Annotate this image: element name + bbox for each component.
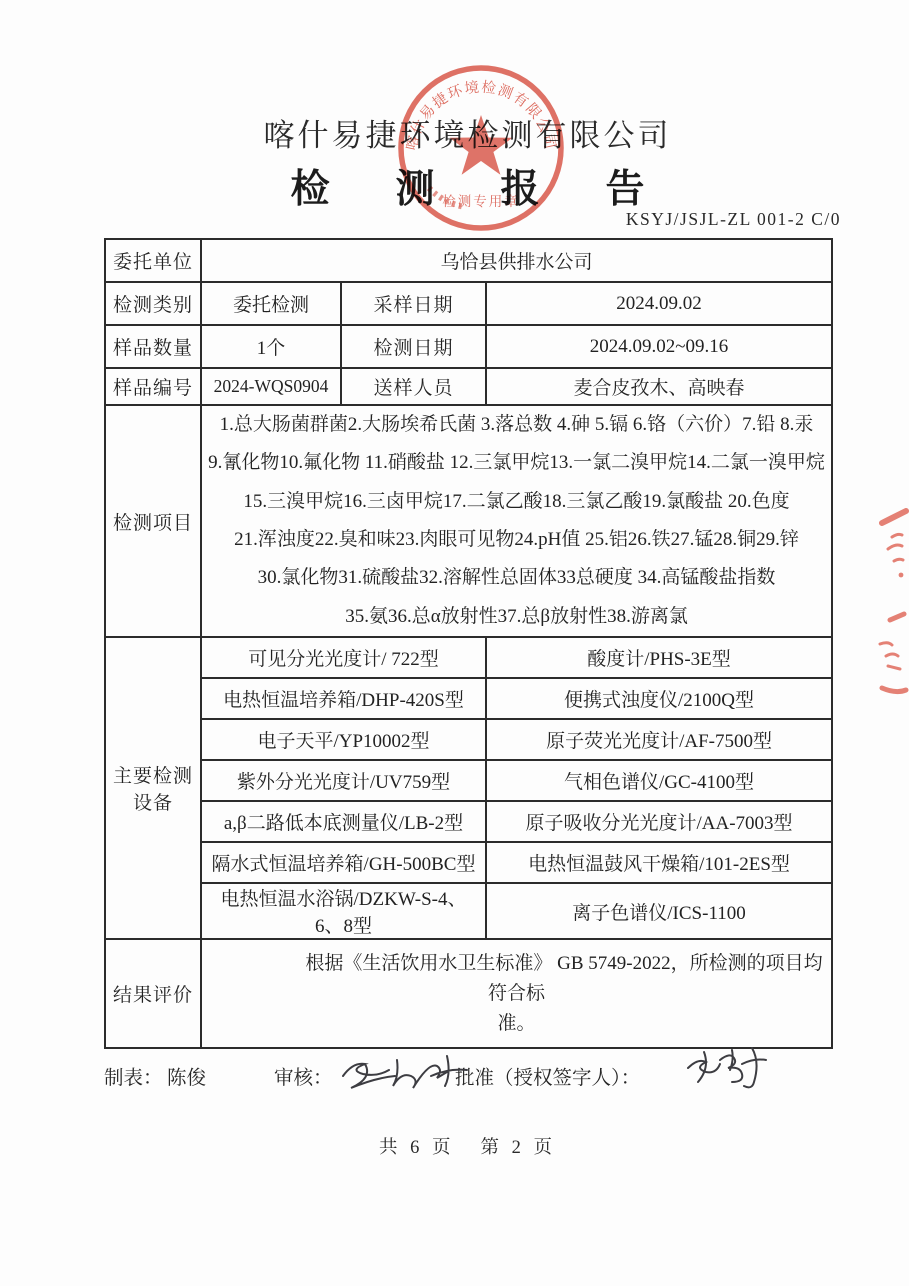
sample-qty-label: 样品数量 <box>105 325 201 368</box>
table-row: 主要检测设备 可见分光光度计/ 722型 酸度计/PHS-3E型 <box>105 637 832 678</box>
sample-qty-value: 1个 <box>201 325 341 368</box>
result-value: 根据《生活饮用水卫生标准》 GB 5749-2022，所检测的项目均符合标 准。 <box>201 939 832 1048</box>
result-line: 根据《生活饮用水卫生标准》 GB 5749-2022，所检测的项目均符合标 <box>208 949 825 1009</box>
equipment-cell: 离子色谱仪/ICS-1100 <box>486 883 832 939</box>
table-row: 结果评价 根据《生活饮用水卫生标准》 GB 5749-2022，所检测的项目均符… <box>105 939 832 1048</box>
table-row: 样品编号 2024-WQS0904 送样人员 麦合皮孜木、高映春 <box>105 368 832 405</box>
equipment-cell: 隔水式恒温培养箱/GH-500BC型 <box>201 842 486 883</box>
equipment-cell: 原子荧光光度计/AF-7500型 <box>486 719 832 760</box>
test-items-line: 9.氰化物10.氟化物 11.硝酸盐 12.三氯甲烷13.一氯二溴甲烷14.二氯… <box>208 444 825 482</box>
test-items-line: 1.总大肠菌群菌2.大肠埃希氏菌 3.落总数 4.砷 5.镉 6.铬（六价）7.… <box>208 406 825 444</box>
sampling-date-label: 采样日期 <box>341 282 486 325</box>
table-row: 样品数量 1个 检测日期 2024.09.02~09.16 <box>105 325 832 368</box>
equipment-cell: 便携式浊度仪/2100Q型 <box>486 678 832 719</box>
page-current: 第 2 页 <box>481 1138 557 1158</box>
result-label: 结果评价 <box>105 939 201 1048</box>
page-total: 共 6 页 <box>379 1138 455 1158</box>
page-number: 共 6 页第 2 页 <box>104 1133 831 1159</box>
test-items-value: 1.总大肠菌群菌2.大肠埃希氏菌 3.落总数 4.砷 5.镉 6.铬（六价）7.… <box>201 405 832 637</box>
table-row: a,β二路低本底测量仪/LB-2型 原子吸收分光光度计/AA-7003型 <box>105 801 832 842</box>
equipment-cell: 气相色谱仪/GC-4100型 <box>486 760 832 801</box>
prepared-by-label: 制表： <box>104 1062 163 1090</box>
test-type-value: 委托检测 <box>201 282 341 325</box>
test-date-value: 2024.09.02~09.16 <box>486 325 832 368</box>
result-line: 准。 <box>208 1009 825 1039</box>
equipment-cell: 电热恒温水浴锅/DZKW-S-4、6、8型 <box>201 883 486 939</box>
test-items-label: 检测项目 <box>105 405 201 637</box>
equipment-cell: 原子吸收分光光度计/AA-7003型 <box>486 801 832 842</box>
client-value: 乌恰县供排水公司 <box>201 239 832 282</box>
table-row: 检测类别 委托检测 采样日期 2024.09.02 <box>105 282 832 325</box>
test-items-line: 15.三溴甲烷16.三卤甲烷17.二氯乙酸18.三氯乙酸19.氯酸盐 20.色度 <box>208 483 825 521</box>
test-date-label: 检测日期 <box>341 325 486 368</box>
sample-no-value: 2024-WQS0904 <box>201 368 341 405</box>
deliverer-label: 送样人员 <box>341 368 486 405</box>
table-row: 电热恒温水浴锅/DZKW-S-4、6、8型 离子色谱仪/ICS-1100 <box>105 883 832 939</box>
reviewed-by-label: 审核： <box>274 1062 333 1090</box>
stamp-fragment-icon <box>870 505 909 590</box>
equipment-cell: 紫外分光光度计/UV759型 <box>201 760 486 801</box>
table-row: 紫外分光光度计/UV759型 气相色谱仪/GC-4100型 <box>105 760 832 801</box>
table-row: 隔水式恒温培养箱/GH-500BC型 电热恒温鼓风干燥箱/101-2ES型 <box>105 842 832 883</box>
company-seal-stamp: 喀什易捷环境检测有限公司 检测专用章 <box>395 60 567 232</box>
test-type-label: 检测类别 <box>105 282 201 325</box>
seal-star-icon <box>450 115 513 175</box>
equipment-cell: 电热恒温鼓风干燥箱/101-2ES型 <box>486 842 832 883</box>
equipment-cell: a,β二路低本底测量仪/LB-2型 <box>201 801 486 842</box>
seal-bottom-text: 检测专用章 <box>442 193 520 209</box>
equipment-cell: 可见分光光度计/ 722型 <box>201 637 486 678</box>
test-items-line: 30.氯化物31.硫酸盐32.溶解性总固体33总硬度 34.高锰酸盐指数 <box>208 559 825 597</box>
document-code: KSYJ/JSJL-ZL 001-2 C/0 <box>626 209 841 230</box>
table-row: 电热恒温培养箱/DHP-420S型 便携式浊度仪/2100Q型 <box>105 678 832 719</box>
table-row: 电子天平/YP10002型 原子荧光光度计/AF-7500型 <box>105 719 832 760</box>
equipment-cell: 电子天平/YP10002型 <box>201 719 486 760</box>
sample-no-label: 样品编号 <box>105 368 201 405</box>
report-info-table: 委托单位 乌恰县供排水公司 检测类别 委托检测 采样日期 2024.09.02 … <box>104 238 833 1049</box>
table-row: 委托单位 乌恰县供排水公司 <box>105 239 832 282</box>
client-label: 委托单位 <box>105 239 201 282</box>
test-items-line: 21.浑浊度22.臭和味23.肉眼可见物24.pH值 25.铝26.铁27.锰2… <box>208 521 825 559</box>
deliverer-value: 麦合皮孜木、高映春 <box>486 368 832 405</box>
approver-signature <box>680 1038 775 1093</box>
seal-icon: 喀什易捷环境检测有限公司 检测专用章 <box>395 60 567 232</box>
test-items-line: 35.氨36.总α放射性37.总β放射性38.游离氯 <box>208 598 825 636</box>
table-row: 检测项目 1.总大肠菌群菌2.大肠埃希氏菌 3.落总数 4.砷 5.镉 6.铬（… <box>105 405 832 637</box>
stamp-fragment-icon <box>866 600 909 695</box>
report-page: 喀什易捷环境检测有限公司 检测报告 KSYJ/JSJL-ZL 001-2 C/0… <box>0 0 909 1286</box>
equipment-cell: 酸度计/PHS-3E型 <box>486 637 832 678</box>
equipment-label: 主要检测设备 <box>105 637 201 939</box>
sampling-date-value: 2024.09.02 <box>486 282 832 325</box>
equipment-cell: 电热恒温培养箱/DHP-420S型 <box>201 678 486 719</box>
prepared-by-value: 陈俊 <box>167 1062 206 1090</box>
reviewer-signature <box>335 1042 485 1094</box>
